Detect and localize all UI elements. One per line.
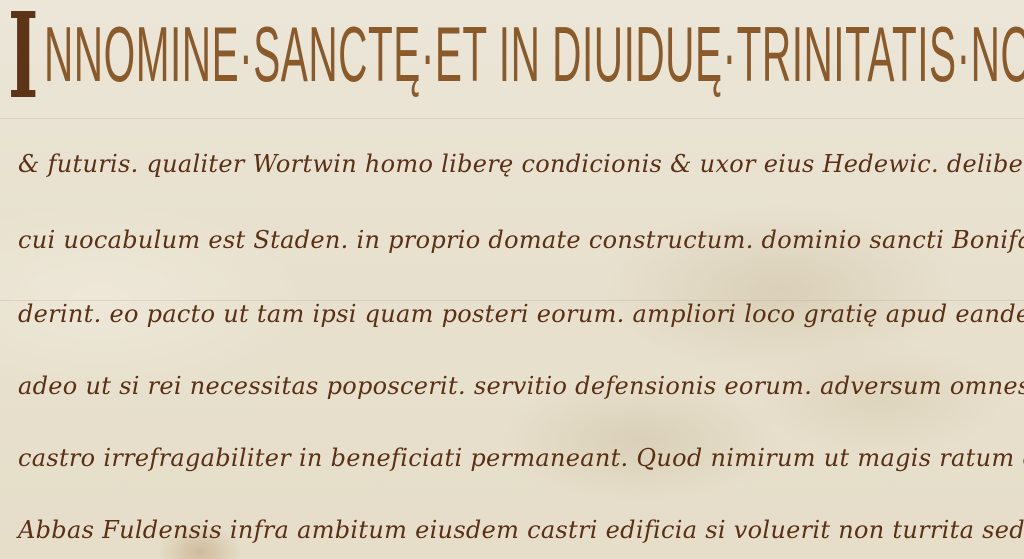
text-line-2: cui uocabulum est Staden. in proprio dom… [18,226,1024,254]
text-line-5: castro irrefragabiliter in beneficiati p… [18,444,1024,472]
charter-parchment: I NNOMINE·SANCTĘ·ET IN DIUIDUĘ·TRINITATI… [0,0,1024,559]
text-line-3: derint. eo pacto ut tam ipsi quam poster… [18,300,1024,328]
text-line-1: & futuris. qualiter Wortwin homo liberę … [18,150,1024,178]
text-line-4: adeo ut si rei necessitas poposcerit. se… [18,372,1024,400]
invocation-heading: NNOMINE·SANCTĘ·ET IN DIUIDUĘ·TRINITATIS·… [44,4,585,116]
parchment-crease [0,118,1024,119]
text-line-6: Abbas Fuldensis infra ambitum eiusdem ca… [18,516,1024,544]
decorated-initial: I [8,0,38,112]
